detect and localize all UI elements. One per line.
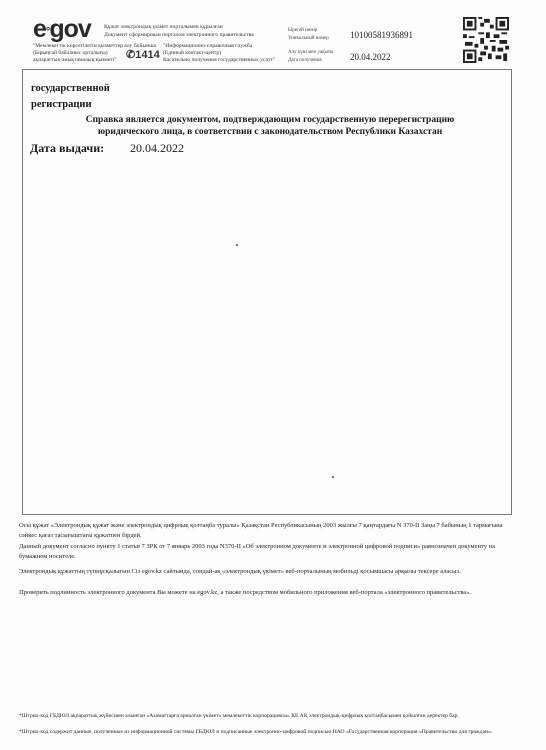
unique-number-value: 10100581936891 [350, 30, 413, 40]
label-ru: Дата получения [288, 57, 333, 65]
date-received-label: Алу күні мен уақыты Дата получения [288, 49, 333, 65]
logo-gov: gov [49, 15, 90, 43]
registration-line: государственной [31, 81, 110, 97]
right-contact-note: "Информационно-справочная служба (Единый… [163, 43, 276, 64]
issue-date-label: Дата выдачи: [30, 141, 104, 156]
date-received-value: 20.04.2022 [350, 52, 391, 62]
qr-code-icon [462, 17, 510, 63]
issue-date-value: 20.04.2022 [130, 141, 184, 156]
portal-text-kz: Құжат электрондық үкімет порталымен құры… [104, 24, 223, 31]
barcode-note-ru: *Штрих-код содержит данные, полученные и… [19, 728, 524, 736]
logo-e: e [33, 15, 46, 43]
egov-logo: e°gov [33, 17, 91, 42]
scan-speck [332, 476, 334, 478]
certificate-statement: Справка является документом, подтверждаю… [40, 114, 500, 138]
phone-number: ✆1414 [126, 48, 160, 61]
unique-number-label: Бірегей нөмір Уникальный номер [288, 27, 329, 43]
phone-icon: ✆ [126, 49, 135, 61]
label-ru: Уникальный номер [288, 35, 329, 43]
right-note-line: (Единый контакт-центр) [163, 50, 276, 57]
portal-text-ru: Документ сформирован порталом электронно… [104, 32, 254, 39]
legal-notice-ru: Данный документ согласно пункту 1 статьи… [19, 542, 519, 562]
legal-notice-kz: Осы құжат «Электрондық құжат және электр… [19, 521, 519, 541]
barcode-note-kz: *Штрих-код ГБДЮЛ ақпараттық жүйесінен ал… [19, 712, 524, 720]
verify-notice-ru: Проверить подлинность электронного докум… [19, 588, 519, 598]
label-kz: Бірегей нөмір [288, 27, 329, 35]
label-kz: Алу күні мен уақыты [288, 49, 333, 57]
certificate-line: юридического лица, в соответствии с зако… [40, 126, 500, 138]
registration-line: регистрации [31, 97, 110, 113]
certificate-line: Справка является документом, подтверждаю… [40, 114, 500, 126]
right-note-line: Касательно получения государственных усл… [163, 57, 276, 64]
scan-speck [236, 244, 238, 246]
registration-heading: государственной регистрации [31, 81, 110, 113]
right-note-line: "Информационно-справочная служба [163, 43, 276, 50]
phone-text: 1414 [135, 49, 159, 61]
verify-notice-kz: Электрондық құжаттың түпнұсқалығын Сіз e… [19, 567, 519, 577]
